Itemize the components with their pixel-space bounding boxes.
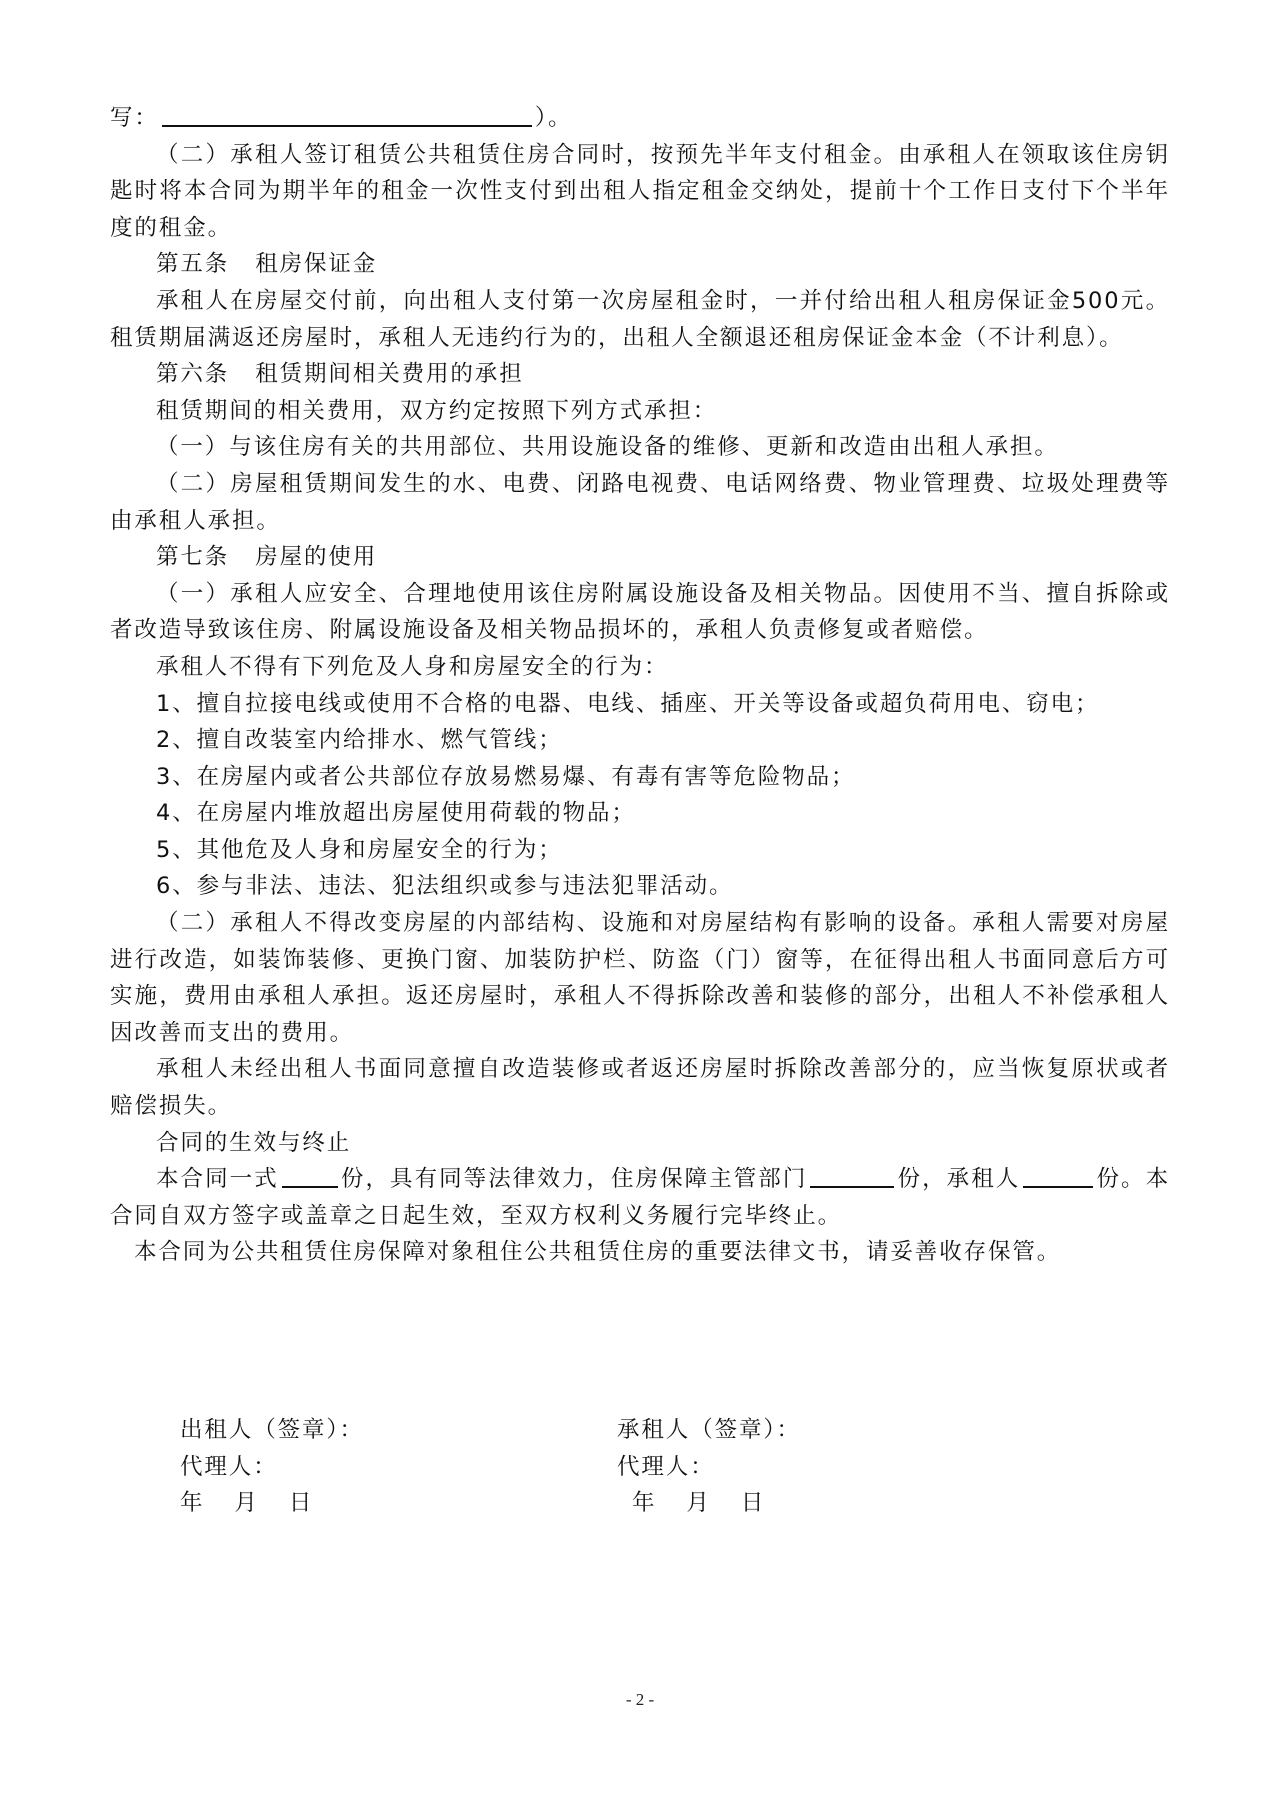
month-label: 月 (686, 1485, 710, 1522)
write-prefix: 写： (110, 105, 159, 131)
lessee-signature-label: 承租人（签章）： (617, 1412, 801, 1449)
copies-text-c: 份，承租人 (897, 1166, 1020, 1192)
paragraph-fees-1: （一）与该住房有关的共用部位、共用设施设备的维修、更新和改造由出租人承担。 (110, 429, 1170, 466)
paragraph-rent-payment: （二）承租人签订租赁公共租赁住房合同时，按预先半年支付租金。由承租人在领取该住房… (110, 137, 1170, 247)
prohibit-item: 4、在房屋内堆放超出房屋使用荷载的物品； (110, 795, 1170, 832)
contract-body: 写：）。 （二）承租人签订租赁公共租赁住房合同时，按预先半年支付租金。由承租人在… (110, 100, 1170, 1271)
article-5-heading: 第五条租房保证金 (110, 246, 1170, 283)
effect-heading: 合同的生效与终止 (110, 1125, 1170, 1162)
prohibit-item: 1、擅自拉接电线或使用不合格的电器、电线、插座、开关等设备或超负荷用电、窃电； (110, 686, 1170, 723)
article-5-title: 租房保证金 (255, 251, 377, 277)
paragraph-fees-2: （二）房屋租赁期间发生的水、电费、闭路电视费、电话网络费、物业管理费、垃圾处理费… (110, 466, 1170, 539)
prohibit-item: 2、擅自改装室内给排水、燃气管线； (110, 722, 1170, 759)
document-page: 写：）。 （二）承租人签订租赁公共租赁住房合同时，按预先半年支付租金。由承租人在… (0, 0, 1280, 1810)
lessor-signature-label: 出租人（签章）： (180, 1412, 364, 1449)
fill-in-blank-lessee-copies[interactable] (1023, 1162, 1093, 1188)
article-5-number: 第五条 (156, 251, 229, 277)
year-label: 年 (632, 1485, 656, 1522)
prohibit-item: 3、在房屋内或者公共部位存放易燃易爆、有毒有害等危险物品； (110, 759, 1170, 796)
article-7-heading: 第七条房屋的使用 (110, 539, 1170, 576)
signature-block: 出租人（签章）： 承租人（签章）： 代理人： 代理人： 年月日 年月日 (0, 1412, 1280, 1522)
prohibit-item: 5、其他危及人身和房屋安全的行为； (110, 832, 1170, 869)
month-label: 月 (234, 1485, 258, 1522)
day-label: 日 (289, 1485, 313, 1522)
write-suffix: ）。 (535, 105, 573, 131)
article-7-title: 房屋的使用 (255, 544, 377, 570)
day-label: 日 (741, 1485, 765, 1522)
article-6-title: 租赁期间相关费用的承担 (255, 361, 523, 387)
lessee-agent-label: 代理人： (617, 1449, 715, 1486)
paragraph-use-2: （二）承租人不得改变房屋的内部结构、设施和对房屋结构有影响的设备。承租人需要对房… (110, 905, 1170, 1051)
copies-text-a: 本合同一式 (156, 1166, 279, 1192)
paragraph-prohibit-intro: 承租人不得有下列危及人身和房屋安全的行为： (110, 649, 1170, 686)
lessee-date: 年月日 (632, 1485, 765, 1522)
fill-in-blank-write[interactable] (162, 101, 532, 127)
article-7-number: 第七条 (156, 544, 229, 570)
page-number: - 2 - (0, 1690, 1280, 1710)
copies-text-b: 份，具有同等法律效力，住房保障主管部门 (341, 1166, 808, 1192)
fill-in-blank-authority-copies[interactable] (810, 1162, 894, 1188)
article-6-number: 第六条 (156, 361, 229, 387)
year-label: 年 (180, 1485, 204, 1522)
fill-in-blank-total-copies[interactable] (282, 1162, 338, 1188)
paragraph-deposit: 承租人在房屋交付前，向出租人支付第一次房屋租金时，一并付给出租人租房保证金500… (110, 283, 1170, 356)
lessor-date: 年月日 (180, 1485, 313, 1522)
article-6-heading: 第六条租赁期间相关费用的承担 (110, 356, 1170, 393)
paragraph-fees-intro: 租赁期间的相关费用，双方约定按照下列方式承担： (110, 393, 1170, 430)
paragraph-use-1: （一）承租人应安全、合理地使用该住房附属设施设备及相关物品。因使用不当、擅自拆除… (110, 576, 1170, 649)
paragraph-use-3: 承租人未经出租人书面同意擅自改造装修或者返还房屋时拆除改善部分的，应当恢复原状或… (110, 1051, 1170, 1124)
paragraph-copies: 本合同一式份，具有同等法律效力，住房保障主管部门份，承租人份。本合同自双方签字或… (110, 1161, 1170, 1234)
write-line: 写：）。 (110, 100, 1170, 137)
lessor-agent-label: 代理人： (180, 1449, 278, 1486)
paragraph-keep: 本合同为公共租赁住房保障对象租住公共租赁住房的重要法律文书，请妥善收存保管。 (110, 1234, 1170, 1271)
prohibit-item: 6、参与非法、违法、犯法组织或参与违法犯罪活动。 (110, 868, 1170, 905)
